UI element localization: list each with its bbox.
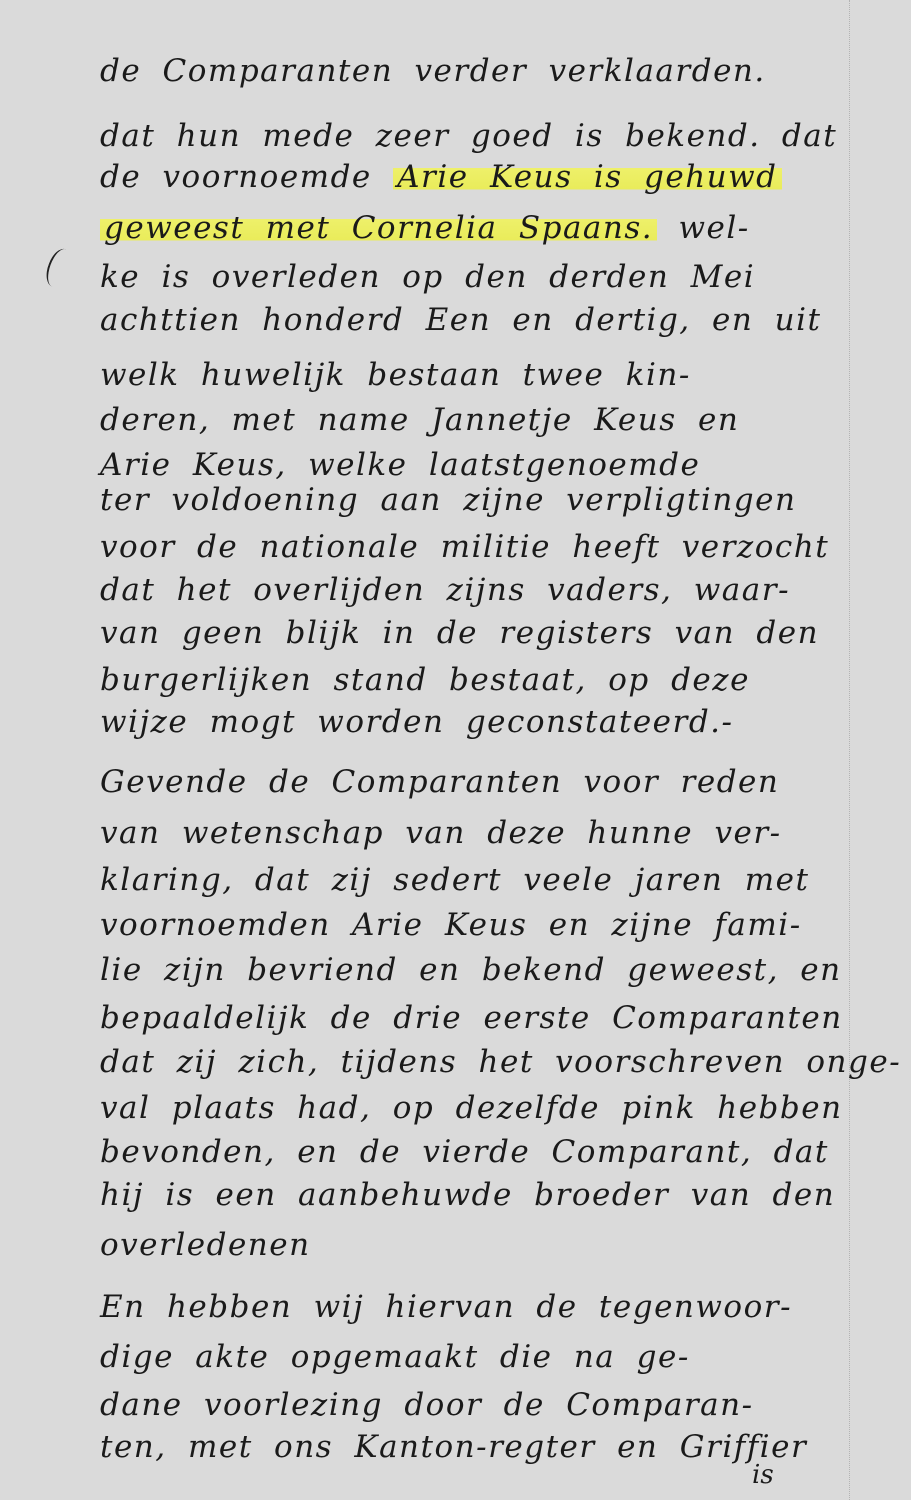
document-page: de Comparanten verder verklaarden. dat h… xyxy=(0,0,911,1500)
highlighted-text: geweest met Cornelia Spaans. xyxy=(100,210,657,246)
margin-flourish xyxy=(42,245,76,290)
text-segment: de voornoemde xyxy=(100,159,393,195)
text-line-17: van wetenschap van deze hunne ver- xyxy=(100,808,782,858)
text-line-16: Gevende de Comparanten voor reden xyxy=(100,757,779,807)
page-edge-rule xyxy=(849,0,851,1500)
text-line-18: klaring, dat zij sedert veele jaren met xyxy=(100,855,809,905)
text-line-19: voornoemden Arie Keus en zijne fami- xyxy=(100,900,802,950)
inserted-word: is xyxy=(752,1460,774,1490)
highlighted-text: Arie Keus is gehuwd xyxy=(393,159,781,195)
text-line-8: deren, met name Jannetje Keus en xyxy=(100,395,739,445)
text-line-21: bepaaldelijk de drie eerste Comparanten xyxy=(100,993,843,1043)
text-line-25: hij is een aanbehuwde broeder van den xyxy=(100,1170,835,1220)
text-line-1: de Comparanten verder verklaarden. xyxy=(100,46,766,96)
text-line-3: de voornoemde Arie Keus is gehuwd xyxy=(100,152,782,202)
text-line-22: dat zij zich, tijdens het voorschreven o… xyxy=(100,1037,901,1087)
text-line-15: wijze mogt worden geconstateerd.- xyxy=(100,697,734,747)
text-line-30: ten, met ons Kanton-regter en Griffier xyxy=(100,1422,807,1472)
text-line-27: En hebben wij hiervan de tegenwoor- xyxy=(100,1282,792,1332)
text-segment: wel- xyxy=(657,210,750,246)
text-line-10: ter voldoening aan zijne verpligtingen xyxy=(100,475,796,525)
text-line-28: dige akte opgemaakt die na ge- xyxy=(100,1332,690,1382)
text-line-6: achttien honderd Een en dertig, en uit xyxy=(100,295,822,345)
text-line-7: welk huwelijk bestaan twee kin- xyxy=(100,350,691,400)
text-line-13: van geen blijk in de registers van den xyxy=(100,608,819,658)
text-line-23: val plaats had, op dezelfde pink hebben xyxy=(100,1083,843,1133)
text-line-26: overledenen xyxy=(100,1220,311,1270)
text-line-20: lie zijn bevriend en bekend geweest, en xyxy=(100,945,842,995)
text-line-4: geweest met Cornelia Spaans. wel- xyxy=(100,203,750,253)
